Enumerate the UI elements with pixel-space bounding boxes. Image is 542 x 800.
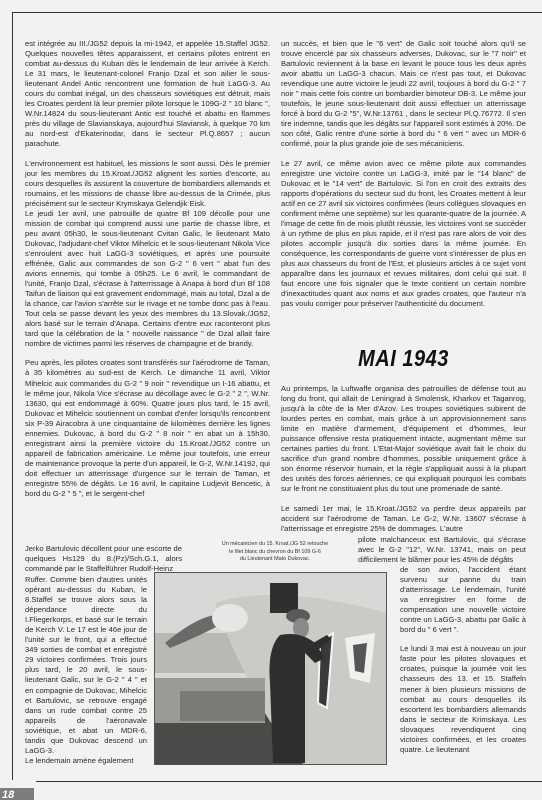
column-right: un succès, et bien que le "6 vert" de Ga… — [281, 39, 526, 309]
column-left-wrap-1: Jerko Bartulovic décollent pour une esco… — [25, 544, 182, 574]
column-right-wrap-1: pilote malchanceux est Bartulovic, qui s… — [358, 535, 526, 565]
caption-line: le filet blanc du chevron du Bf 109 G-6 — [195, 549, 355, 557]
column-left: est intégrée au III./JG52 depuis la mi-1… — [25, 39, 270, 499]
paragraph: Le lundi 3 mai est à nouveau un jour fas… — [400, 644, 526, 755]
bottom-rule — [36, 781, 542, 782]
photo-illustration — [155, 573, 387, 765]
photo-caption: Un mécanicien du 15. Kroat./JG 52 retouc… — [195, 541, 355, 564]
paragraph: L'environnement est habituel, les missio… — [25, 159, 270, 209]
column-right-after-heading: Au printemps, la Luftwaffe organisa des … — [281, 384, 526, 534]
paragraph: Au printemps, la Luftwaffe organisa des … — [281, 384, 526, 495]
paragraph: Ruffer. Comme bien d'autres unités opéra… — [25, 575, 147, 756]
photo-mechanic-bf109 — [154, 572, 387, 765]
paragraph: pilote malchanceux est Bartulovic, qui s… — [358, 535, 526, 565]
paragraph: Le jeudi 1er avril, une patrouille de qu… — [25, 209, 270, 350]
page-number: 18 — [0, 788, 34, 800]
paragraph: Peu après, les pilotes croates sont tran… — [25, 358, 270, 499]
caption-line: du Lieutenant Mato Dukovac. — [195, 556, 355, 564]
column-left-wrap-2: Ruffer. Comme bien d'autres unités opéra… — [25, 575, 147, 766]
paragraph: Le samedi 1er mai, le 15.Kroat./JG52 va … — [281, 504, 526, 534]
paragraph: est intégrée au III./JG52 depuis la mi-1… — [25, 39, 270, 150]
caption-line: Un mécanicien du 15. Kroat./JG 52 retouc… — [195, 541, 355, 549]
paragraph: un succès, et bien que le "6 vert" de Ga… — [281, 39, 526, 150]
paragraph: de son avion, l'accident étant survenu s… — [400, 565, 526, 635]
paragraph: Le lendemain amène également — [25, 756, 147, 766]
paragraph: Jerko Bartulovic décollent pour une esco… — [25, 544, 182, 574]
paragraph: Le 27 avril, ce même avion avec ce même … — [281, 159, 526, 310]
section-heading: MAI 1943 — [281, 346, 526, 372]
column-right-wrap-2: de son avion, l'accident étant survenu s… — [400, 565, 526, 755]
